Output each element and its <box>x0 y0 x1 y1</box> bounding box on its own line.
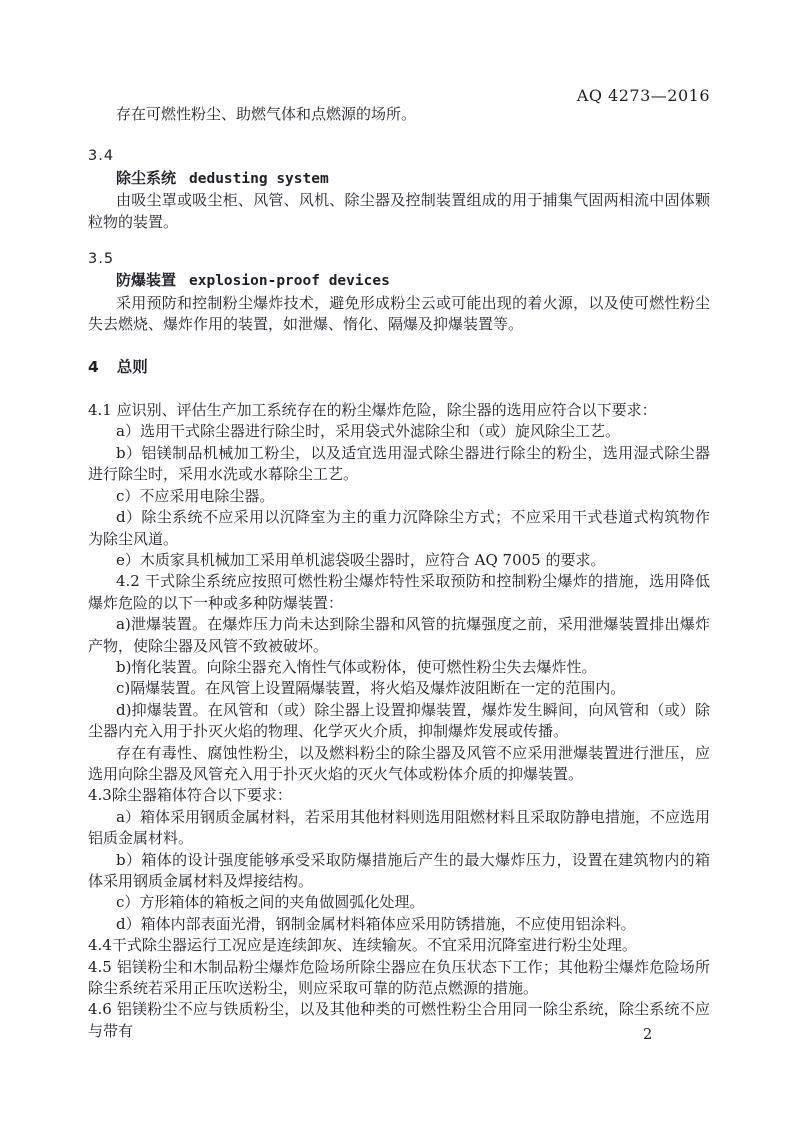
clause-paragraph: a)泄爆装置。在爆炸压力尚未达到除尘器和风管的抗爆强度之前，采用泄爆装置排出爆炸… <box>88 614 710 657</box>
chapter-title: 总则 <box>117 358 148 376</box>
clause-paragraph: c）不应采用电除尘器。 <box>88 486 710 507</box>
chapter-heading: 4总则 <box>88 357 710 378</box>
clause-paragraph: c）方形箱体的箱板之间的夹角做圆弧化处理。 <box>88 892 710 913</box>
term-chinese: 防爆装置 <box>116 271 176 289</box>
clause-paragraph: c)隔爆装置。在风管上设置隔爆装置，将火焰及爆炸波阻断在一定的范围内。 <box>88 678 710 699</box>
term-english: dedusting system <box>189 171 329 187</box>
document-page: AQ 4273—2016 存在可燃性粉尘、助燃气体和点燃源的场所。 3.4 除尘… <box>0 0 793 1122</box>
clause-paragraph: d）除尘系统不应采用以沉降室为主的重力沉降除尘方式；不应采用干式巷道式构筑物作为… <box>88 507 710 550</box>
term-chinese: 除尘系统 <box>116 169 176 187</box>
clause-paragraph: b）箱体的设计强度能够承受采取防爆措施后产生的最大爆炸压力，设置在建筑物内的箱体… <box>88 850 710 893</box>
continuation-paragraph: 存在可燃性粉尘、助燃气体和点燃源的场所。 <box>88 104 710 125</box>
clause-paragraph: 存在有毒性、腐蚀性粉尘，以及燃料粉尘的除尘器及风管不应采用泄爆装置进行泄压，应选… <box>88 743 710 786</box>
clause-paragraph: 4.4干式除尘器运行工况应是连续卸灰、连续输灰。不宜采用沉降室进行粉尘处理。 <box>88 935 710 956</box>
clause-paragraph: d)抑爆装置。在风管和（或）除尘器上设置抑爆装置，爆炸发生瞬间，向风管和（或）除… <box>88 700 710 743</box>
term-english: explosion-proof devices <box>189 273 390 289</box>
term-line: 防爆装置explosion-proof devices <box>88 270 710 292</box>
standard-code: AQ 4273—2016 <box>577 86 710 105</box>
page-header: AQ 4273—2016 <box>88 87 710 105</box>
clause-number: 3.5 <box>88 249 710 270</box>
clause-paragraph: 4.5 铝镁粉尘和木制品粉尘爆炸危险场所除尘器应在负压状态下工作；其他粉尘爆炸危… <box>88 957 710 1000</box>
clause-paragraph: 4.2 干式除尘系统应按照可燃性粉尘爆炸特性采取预防和控制粉尘爆炸的措施，选用降… <box>88 571 710 614</box>
definition-block-3-4: 3.4 除尘系统dedusting system 由吸尘罩或吸尘柜、风管、风机、… <box>88 146 710 233</box>
definition-text: 采用预防和控制粉尘爆炸技术，避免形成粉尘云或可能出现的着火源，以及使可燃性粉尘失… <box>88 293 710 336</box>
chapter-number: 4 <box>88 358 99 376</box>
clause-paragraph: b）铝镁制品机械加工粉尘，以及适宜选用湿式除尘器进行除尘的粉尘，选用湿式除尘器进… <box>88 443 710 486</box>
clause-number: 3.4 <box>88 146 710 167</box>
clause-paragraph: 4.3除尘器箱体符合以下要求： <box>88 785 710 806</box>
definition-block-3-5: 3.5 防爆装置explosion-proof devices 采用预防和控制粉… <box>88 249 710 336</box>
clause-paragraph: d）箱体内部表面光滑，钢制金属材料箱体应采用防锈措施，不应使用铝涂料。 <box>88 914 710 935</box>
clause-paragraph: b)惰化装置。向除尘器充入惰性气体或粉体，使可燃性粉尘失去爆炸性。 <box>88 657 710 678</box>
clause-paragraph: a）箱体采用钢质金属材料，若采用其他材料则选用阻燃材料且采取防静电措施，不应选用… <box>88 807 710 850</box>
page-number: 2 <box>643 1027 652 1043</box>
clause-paragraph: a）选用干式除尘器进行除尘时，采用袋式外滤除尘和（或）旋风除尘工艺。 <box>88 421 710 442</box>
clause-paragraph: 4.6 铝镁粉尘不应与铁质粉尘，以及其他种类的可燃性粉尘合用同一除尘系统，除尘系… <box>88 999 710 1042</box>
term-line: 除尘系统dedusting system <box>88 168 710 190</box>
page-content: 存在可燃性粉尘、助燃气体和点燃源的场所。 3.4 除尘系统dedusting s… <box>88 104 710 1042</box>
definition-text: 由吸尘罩或吸尘柜、风管、风机、除尘器及控制装置组成的用于捕集气固两相流中固体颗粒… <box>88 190 710 233</box>
clause-paragraph: e）木质家具机械加工采用单机滤袋吸尘器时，应符合 AQ 7005 的要求。 <box>88 550 710 571</box>
clause-paragraph: 4.1 应识别、评估生产加工系统存在的粉尘爆炸危险，除尘器的选用应符合以下要求： <box>88 400 710 421</box>
